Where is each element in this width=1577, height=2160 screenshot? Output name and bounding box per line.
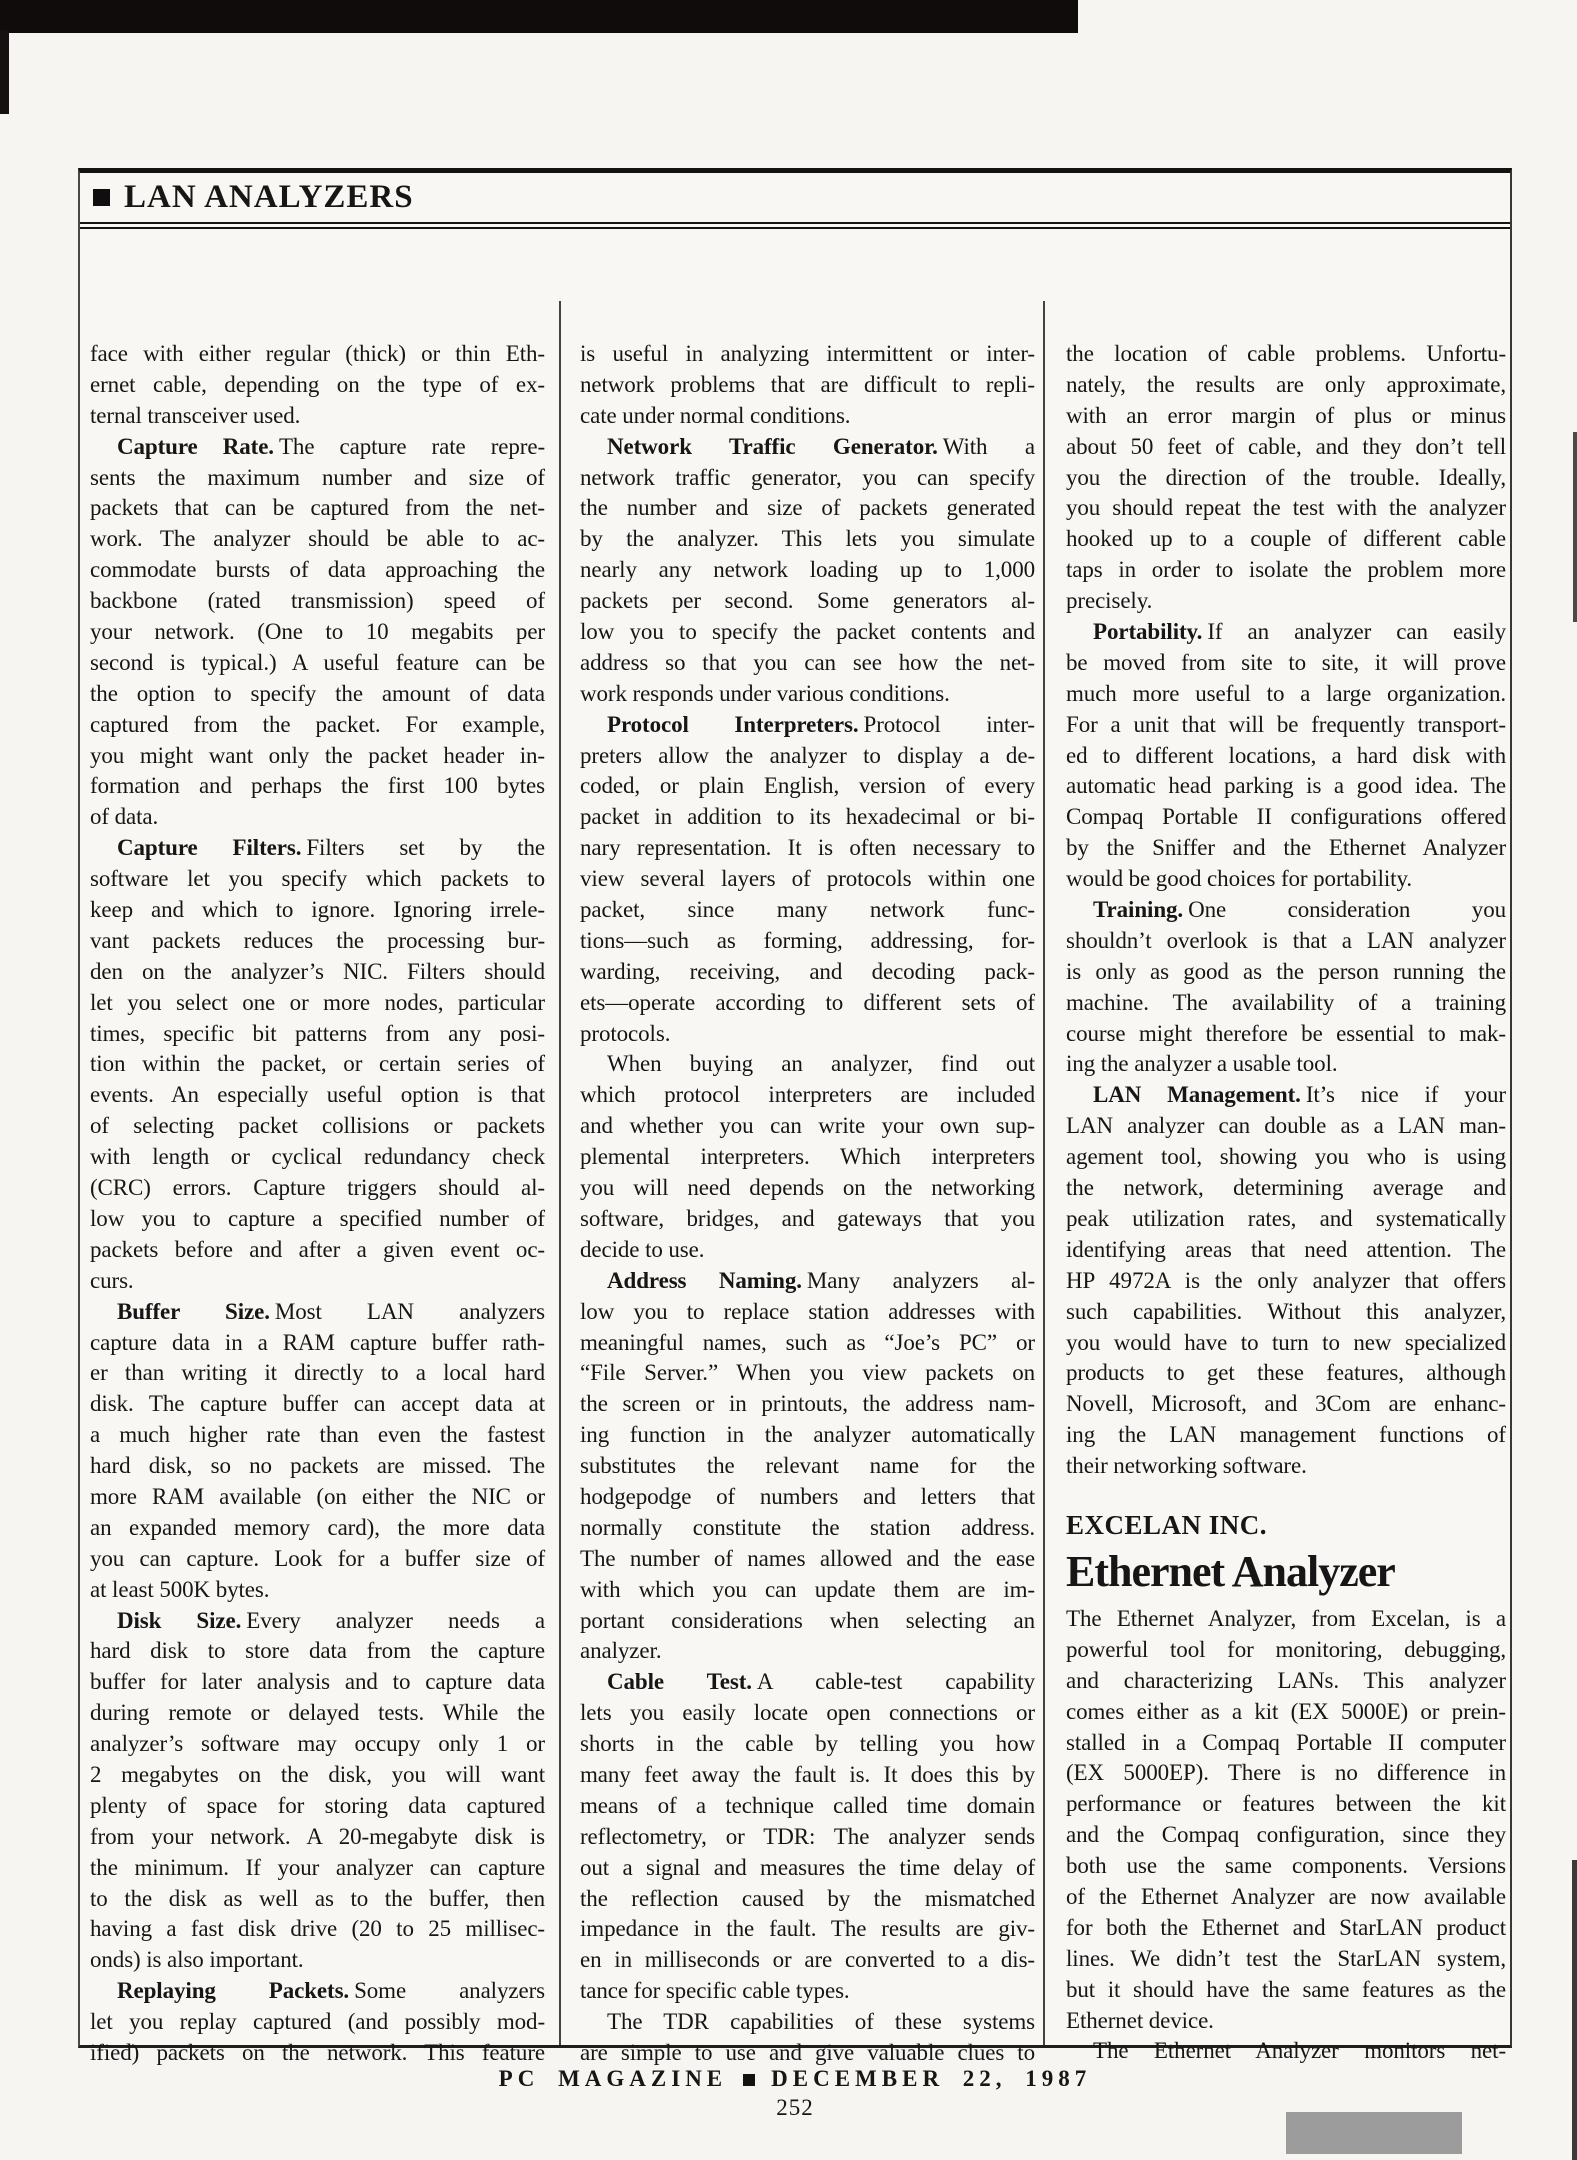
square-bullet-icon — [93, 189, 110, 206]
text-line: view several layers of protocols within … — [580, 864, 1035, 895]
footer-line: PC MAGAZINEDECEMBER 22, 1987 — [78, 2066, 1512, 2092]
text-line: and characterizing LANs. This analyzer — [1066, 1666, 1506, 1697]
text-line: ing function in the analyzer automatical… — [580, 1420, 1035, 1451]
text-line: den on the analyzer’s NIC. Filters shoul… — [90, 957, 545, 988]
text-line: 2 megabytes on the disk, you will want — [90, 1760, 545, 1791]
text-line: Buffer Size.Most LAN analyzers — [90, 1297, 545, 1328]
text-line: The number of names allowed and the ease — [580, 1544, 1035, 1575]
text-line: nately, the results are only approximate… — [1066, 370, 1506, 401]
company-kicker: EXCELAN INC. — [1066, 1508, 1506, 1544]
column-divider-1 — [559, 301, 561, 2045]
text-line: you will need depends on the networking — [580, 1173, 1035, 1204]
text-column-1: face with either regular (thick) or thin… — [90, 339, 545, 2069]
text-line: to the disk as well as to the buffer, th… — [90, 1884, 545, 1915]
text-line: the option to specify the amount of data — [90, 679, 545, 710]
text-line: second is typical.) A useful feature can… — [90, 648, 545, 679]
text-line: means of a technique called time domain — [580, 1791, 1035, 1822]
text-line: Disk Size.Every analyzer needs a — [90, 1606, 545, 1637]
text-line: curs. — [90, 1266, 545, 1297]
text-line: software, bridges, and gateways that you — [580, 1204, 1035, 1235]
text-line: The TDR capabilities of these systems — [580, 2007, 1035, 2038]
text-line: of the Ethernet Analyzer are now availab… — [1066, 1882, 1506, 1913]
text-line: during remote or delayed tests. While th… — [90, 1698, 545, 1729]
text-line: a much higher rate than even the fastest — [90, 1420, 545, 1451]
text-line: let you select one or more nodes, partic… — [90, 988, 545, 1019]
text-line: Protocol Interpreters.Protocol inter- — [580, 710, 1035, 741]
text-line: (CRC) errors. Capture triggers should al… — [90, 1173, 545, 1204]
text-line: lines. We didn’t test the StarLAN system… — [1066, 1944, 1506, 1975]
text-line: LAN Management.It’s nice if your — [1066, 1080, 1506, 1111]
text-line: Capture Rate.The capture rate repre- — [90, 432, 545, 463]
text-line: agement tool, showing you who is using — [1066, 1142, 1506, 1173]
text-line: the minimum. If your analyzer can captur… — [90, 1853, 545, 1884]
text-line: buffer for later analysis and to capture… — [90, 1667, 545, 1698]
text-line: events. An especially useful option is t… — [90, 1080, 545, 1111]
text-line: packets before and after a given event o… — [90, 1235, 545, 1266]
text-line: address so that you can see how the net- — [580, 648, 1035, 679]
text-line: preters allow the analyzer to display a … — [580, 741, 1035, 772]
text-line: your network. (One to 10 megabits per — [90, 617, 545, 648]
text-line: LAN analyzer can double as a LAN man- — [1066, 1111, 1506, 1142]
text-line: much more useful to a large organization… — [1066, 679, 1506, 710]
text-line: packets per second. Some generators al- — [580, 586, 1035, 617]
text-line: formation and perhaps the first 100 byte… — [90, 771, 545, 802]
text-line: The Ethernet Analyzer, from Excelan, is … — [1066, 1604, 1506, 1635]
scan-artifact-left-bar — [0, 30, 9, 114]
text-line: keep and which to ignore. Ignoring irrel… — [90, 895, 545, 926]
text-line: course might therefore be essential to m… — [1066, 1019, 1506, 1050]
text-line: work. The analyzer should be able to ac- — [90, 524, 545, 555]
text-line: at least 500K bytes. — [90, 1575, 545, 1606]
text-line: sents the maximum number and size of — [90, 463, 545, 494]
text-column-3: the location of cable problems. Unfortu-… — [1066, 339, 1506, 2067]
text-line: Novell, Microsoft, and 3Com are enhanc- — [1066, 1389, 1506, 1420]
text-line: times, specific bit patterns from any po… — [90, 1019, 545, 1050]
text-line: coded, or plain English, version of ever… — [580, 771, 1035, 802]
text-line: low you to replace station addresses wit… — [580, 1297, 1035, 1328]
text-line: network traffic generator, you can speci… — [580, 463, 1035, 494]
text-line: of selecting packet collisions or packet… — [90, 1111, 545, 1142]
text-line: portant considerations when selecting an — [580, 1606, 1035, 1637]
column-divider-2 — [1043, 301, 1045, 2045]
text-line: lets you easily locate open connections … — [580, 1698, 1035, 1729]
text-line: reflectometry, or TDR: The analyzer send… — [580, 1822, 1035, 1853]
text-line: Network Traffic Generator.With a — [580, 432, 1035, 463]
section-header: LAN ANALYZERS — [80, 173, 1510, 229]
text-line: hard disk, so no packets are missed. The — [90, 1451, 545, 1482]
text-line: decide to use. — [580, 1235, 1035, 1266]
text-line: taps in order to isolate the problem mor… — [1066, 555, 1506, 586]
text-line: an expanded memory card), the more data — [90, 1513, 545, 1544]
text-line: let you replay captured (and possibly mo… — [90, 2007, 545, 2038]
text-line: is only as good as the person running th… — [1066, 957, 1506, 988]
text-line: with an error margin of plus or minus — [1066, 401, 1506, 432]
text-line: meaningful names, such as “Joe’s PC” or — [580, 1328, 1035, 1359]
text-line: warding, receiving, and decoding pack- — [580, 957, 1035, 988]
scan-artifact-right-edge-lower — [1572, 1860, 1577, 2160]
text-line: identifying areas that need attention. T… — [1066, 1235, 1506, 1266]
text-line: network problems that are difficult to r… — [580, 370, 1035, 401]
text-line: impedance in the fault. The results are … — [580, 1914, 1035, 1945]
text-line: ified) packets on the network. This feat… — [90, 2038, 545, 2069]
text-line: captured from the packet. For example, — [90, 710, 545, 741]
text-line: by the Sniffer and the Ethernet Analyzer — [1066, 833, 1506, 864]
text-line: capture data in a RAM capture buffer rat… — [90, 1328, 545, 1359]
text-line: onds) is also important. — [90, 1945, 545, 1976]
text-line: for both the Ethernet and StarLAN produc… — [1066, 1913, 1506, 1944]
text-line: hard disk to store data from the capture — [90, 1636, 545, 1667]
text-line: performance or features between the kit — [1066, 1789, 1506, 1820]
text-line: (EX 5000EP). There is no difference in — [1066, 1758, 1506, 1789]
text-line: shorts in the cable by telling you how — [580, 1729, 1035, 1760]
text-line: “File Server.” When you view packets on — [580, 1358, 1035, 1389]
text-line: The Ethernet Analyzer monitors net- — [1066, 2036, 1506, 2067]
text-line: with length or cyclical redundancy check — [90, 1142, 545, 1173]
text-line: ed to different locations, a hard disk w… — [1066, 741, 1506, 772]
text-line: ternal transceiver used. — [90, 401, 545, 432]
text-line: you should repeat the test with the anal… — [1066, 493, 1506, 524]
text-line: ernet cable, depending on the type of ex… — [90, 370, 545, 401]
text-line: low you to capture a specified number of — [90, 1204, 545, 1235]
text-line: ets—operate according to different sets … — [580, 988, 1035, 1019]
text-line: Portability.If an analyzer can easily — [1066, 617, 1506, 648]
text-line: would be good choices for portability. — [1066, 864, 1506, 895]
text-line: face with either regular (thick) or thin… — [90, 339, 545, 370]
text-line: which protocol interpreters are included — [580, 1080, 1035, 1111]
page-number: 252 — [78, 2095, 1512, 2121]
text-line: Address Naming.Many analyzers al- — [580, 1266, 1035, 1297]
footer-square-bullet-icon — [743, 2074, 755, 2086]
scan-artifact-top-bar — [0, 0, 1078, 33]
text-line: precisely. — [1066, 586, 1506, 617]
text-line: their networking software. — [1066, 1451, 1506, 1482]
text-line: ing the LAN management functions of — [1066, 1420, 1506, 1451]
footer-date: DECEMBER 22, 1987 — [771, 2066, 1091, 2091]
columns-area: face with either regular (thick) or thin… — [80, 339, 1510, 2045]
text-line: the number and size of packets generated — [580, 493, 1035, 524]
text-line: powerful tool for monitoring, debugging, — [1066, 1635, 1506, 1666]
text-line: stalled in a Compaq Portable II computer — [1066, 1728, 1506, 1759]
text-line: tance for specific cable types. — [580, 1976, 1035, 2007]
text-line: analyzer’s software may occupy only 1 or — [90, 1729, 545, 1760]
text-line: Training.One consideration you — [1066, 895, 1506, 926]
text-line: plemental interpreters. Which interprete… — [580, 1142, 1035, 1173]
text-line: hooked up to a couple of different cable — [1066, 524, 1506, 555]
text-line: comes either as a kit (EX 5000E) or prei… — [1066, 1697, 1506, 1728]
text-line: packet in addition to its hexadecimal or… — [580, 802, 1035, 833]
text-line: HP 4972A is the only analyzer that offer… — [1066, 1266, 1506, 1297]
text-line: en in milliseconds or are converted to a… — [580, 1945, 1035, 1976]
text-line: you might want only the packet header in… — [90, 741, 545, 772]
product-headline: Ethernet Analyzer — [1066, 1544, 1506, 1604]
text-line: by the analyzer. This lets you simulate — [580, 524, 1035, 555]
text-line: Replaying Packets.Some analyzers — [90, 1976, 545, 2007]
text-line: protocols. — [580, 1019, 1035, 1050]
text-line: tion within the packet, or certain serie… — [90, 1049, 545, 1080]
text-line: normally constitute the station address. — [580, 1513, 1035, 1544]
text-line: software let you specify which packets t… — [90, 864, 545, 895]
text-line: commodate bursts of data approaching the — [90, 555, 545, 586]
text-line: you the direction of the trouble. Ideall… — [1066, 463, 1506, 494]
section-title: LAN ANALYZERS — [124, 179, 414, 216]
text-line: from your network. A 20-megabyte disk is — [90, 1822, 545, 1853]
text-line: you would have to turn to new specialize… — [1066, 1328, 1506, 1359]
text-line: the network, determining average and — [1066, 1173, 1506, 1204]
text-line: machine. The availability of a training — [1066, 988, 1506, 1019]
text-line: more RAM available (on either the NIC or — [90, 1482, 545, 1513]
text-line: nary representation. It is often necessa… — [580, 833, 1035, 864]
text-line: Capture Filters.Filters set by the — [90, 833, 545, 864]
text-line: having a fast disk drive (20 to 25 milli… — [90, 1914, 545, 1945]
magazine-page: LAN ANALYZERS face with either regular (… — [0, 0, 1577, 2160]
text-line: with which you can update them are im- — [580, 1575, 1035, 1606]
text-line: packet, since many network func- — [580, 895, 1035, 926]
text-line: vant packets reduces the processing bur- — [90, 926, 545, 957]
text-line: about 50 feet of cable, and they don’t t… — [1066, 432, 1506, 463]
text-line: of data. — [90, 802, 545, 833]
footer-magazine-name: PC MAGAZINE — [499, 2066, 727, 2091]
text-line: tions—such as forming, addressing, for- — [580, 926, 1035, 957]
text-line: For a unit that will be frequently trans… — [1066, 710, 1506, 741]
text-line: substitutes the relevant name for the — [580, 1451, 1035, 1482]
text-line: Ethernet device. — [1066, 2006, 1506, 2037]
text-line: Compaq Portable II configurations offere… — [1066, 802, 1506, 833]
text-line: packets that can be captured from the ne… — [90, 493, 545, 524]
text-line: analyzer. — [580, 1636, 1035, 1667]
text-line: shouldn’t overlook is that a LAN analyze… — [1066, 926, 1506, 957]
text-line: er than writing it directly to a local h… — [90, 1358, 545, 1389]
text-line: are simple to use and give valuable clue… — [580, 2038, 1035, 2069]
text-line: you can capture. Look for a buffer size … — [90, 1544, 545, 1575]
text-line: be moved from site to site, it will prov… — [1066, 648, 1506, 679]
text-line: such capabilities. Without this analyzer… — [1066, 1297, 1506, 1328]
text-line: products to get these features, although — [1066, 1358, 1506, 1389]
text-line: automatic head parking is a good idea. T… — [1066, 771, 1506, 802]
text-line: peak utilization rates, and systematical… — [1066, 1204, 1506, 1235]
scan-artifact-right-edge-upper — [1573, 432, 1577, 622]
text-line: and whether you can write your own sup- — [580, 1111, 1035, 1142]
text-line: low you to specify the packet contents a… — [580, 617, 1035, 648]
text-line: plenty of space for storing data capture… — [90, 1791, 545, 1822]
text-line: the location of cable problems. Unfortu- — [1066, 339, 1506, 370]
text-line: both use the same components. Versions — [1066, 1851, 1506, 1882]
text-line: When buying an analyzer, find out — [580, 1049, 1035, 1080]
article-frame: LAN ANALYZERS face with either regular (… — [78, 168, 1512, 2048]
text-line: backbone (rated transmission) speed of — [90, 586, 545, 617]
text-line: and the Compaq configuration, since they — [1066, 1820, 1506, 1851]
text-line: the screen or in printouts, the address … — [580, 1389, 1035, 1420]
text-line: out a signal and measures the time delay… — [580, 1853, 1035, 1884]
text-column-2: is useful in analyzing intermittent or i… — [580, 339, 1035, 2069]
text-line: hodgepodge of numbers and letters that — [580, 1482, 1035, 1513]
text-line: many feet away the fault is. It does thi… — [580, 1760, 1035, 1791]
text-line: the reflection caused by the mismatched — [580, 1884, 1035, 1915]
text-line: nearly any network loading up to 1,000 — [580, 555, 1035, 586]
text-line: ing the analyzer a usable tool. — [1066, 1049, 1506, 1080]
text-line: is useful in analyzing intermittent or i… — [580, 339, 1035, 370]
text-line: cate under normal conditions. — [580, 401, 1035, 432]
text-line: Cable Test.A cable-test capability — [580, 1667, 1035, 1698]
text-line: but it should have the same features as … — [1066, 1975, 1506, 2006]
page-footer: PC MAGAZINEDECEMBER 22, 1987 252 — [78, 2066, 1512, 2121]
text-line: work responds under various conditions. — [580, 679, 1035, 710]
text-line: disk. The capture buffer can accept data… — [90, 1389, 545, 1420]
